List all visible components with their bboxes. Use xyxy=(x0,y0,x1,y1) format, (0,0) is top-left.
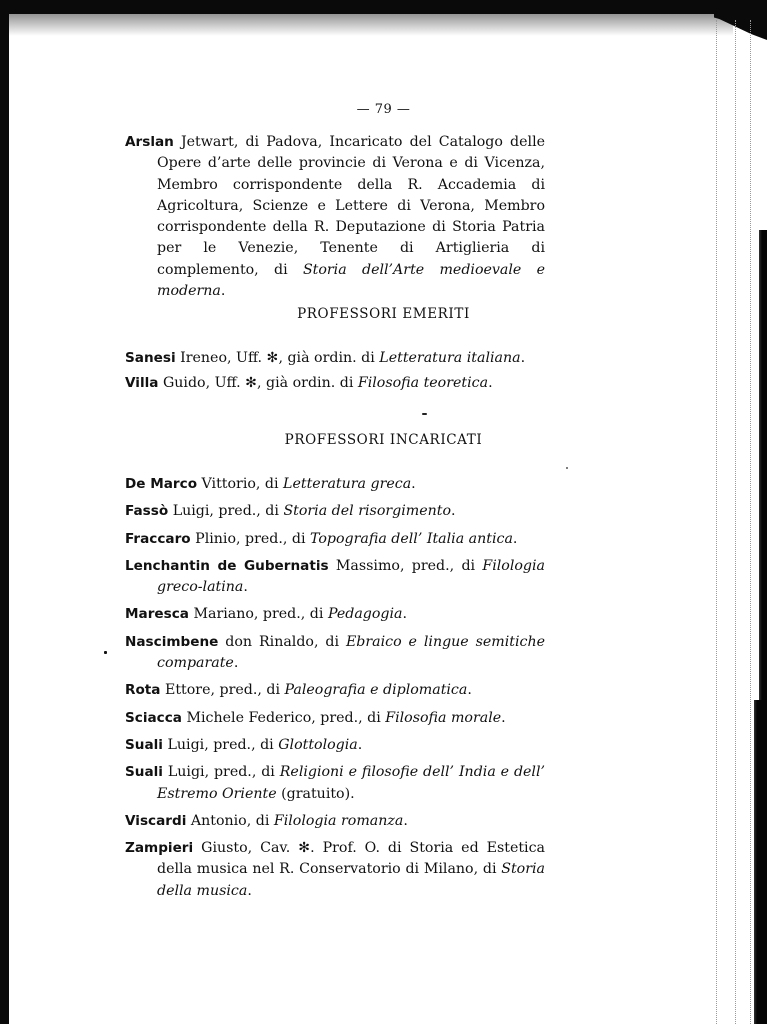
entry-surname: De Marco xyxy=(125,476,197,492)
entry-details: Vittorio, di xyxy=(197,476,283,492)
scan-speck xyxy=(566,467,568,469)
entry-tail: . xyxy=(488,375,493,391)
scan-left-border xyxy=(0,0,9,1024)
entry-surname: Arslan xyxy=(125,134,174,150)
entry-fraccaro: Fraccaro Plinio, pred., di Topografia de… xyxy=(125,529,545,550)
entry-sanesi: Sanesi Ireneo, Uff. ✻, già ordin. di Let… xyxy=(125,348,545,369)
entry-details: Mariano, pred., di xyxy=(189,606,328,622)
emeriti-list: Sanesi Ireneo, Uff. ✻, già ordin. di Let… xyxy=(125,348,545,398)
entry-surname: Fraccaro xyxy=(125,531,191,547)
entry-surname: Fassò xyxy=(125,503,168,519)
entry-tail: . xyxy=(513,531,518,547)
entry-details: Luigi, pred., di xyxy=(163,764,280,780)
entry-tail: . xyxy=(501,710,506,726)
scan-top-shadow xyxy=(8,14,733,36)
entry-tail: . xyxy=(358,737,363,753)
entry-details: Antonio, di xyxy=(186,813,274,829)
entry-subject: Storia del risorgimento xyxy=(283,503,451,519)
entry-surname: Suali xyxy=(125,737,163,753)
entry-subject: Filosofia teoretica xyxy=(358,375,488,391)
entry-tail: . xyxy=(247,883,252,899)
entry-details: Massimo, pred., di xyxy=(329,558,483,574)
entry-tail: . xyxy=(521,350,526,366)
intro-entry-block: Arslan Jetwart, di Padova, Incaricato de… xyxy=(125,132,545,302)
entry-suali-glottologia: Suali Luigi, pred., di Glottologia. xyxy=(125,735,545,756)
entry-surname: Lenchantin de Gubernatis xyxy=(125,558,329,574)
entry-tail: . xyxy=(451,503,456,519)
entry-maresca: Maresca Mariano, pred., di Pedagogia. xyxy=(125,604,545,625)
entry-lenchantin: Lenchantin de Gubernatis Massimo, pred.,… xyxy=(125,556,545,599)
entry-surname: Maresca xyxy=(125,606,189,622)
entry-surname: Sciacca xyxy=(125,710,182,726)
entry-zampieri: Zampieri Giusto, Cav. ✻. Prof. O. di Sto… xyxy=(125,838,545,902)
entry-surname: Viscardi xyxy=(125,813,186,829)
entry-suali-religioni: Suali Luigi, pred., di Religioni e filos… xyxy=(125,762,545,805)
page-number: — 79 — xyxy=(0,102,767,117)
section-heading-incaricati: PROFESSORI INCARICATI xyxy=(0,432,767,448)
entry-tail: . xyxy=(221,283,226,299)
entry-details: Luigi, pred., di xyxy=(163,737,278,753)
entry-tail: . xyxy=(234,655,239,671)
entry-details: Guido, Uff. ✻, già ordin. di xyxy=(158,375,357,391)
entry-nascimbene: Nascimbene don Rinaldo, di Ebraico e lin… xyxy=(125,632,545,675)
scanned-page: — 79 — Arslan Jetwart, di Padova, Incari… xyxy=(0,0,767,1024)
section-heading-emeriti: PROFESSORI EMERITI xyxy=(0,306,767,322)
entry-sciacca: Sciacca Michele Federico, pred., di Filo… xyxy=(125,708,545,729)
entry-details: Luigi, pred., di xyxy=(168,503,283,519)
entry-surname: Sanesi xyxy=(125,350,176,366)
scan-top-border xyxy=(0,0,767,14)
entry-details: Giusto, Cav. ✻. Prof. O. di Storia ed Es… xyxy=(157,840,545,877)
page-edge-line xyxy=(735,20,737,1024)
entry-tail: . xyxy=(243,579,248,595)
entry-details: don Rinaldo, di xyxy=(218,634,346,650)
entry-viscardi: Viscardi Antonio, di Filologia romanza. xyxy=(125,811,545,832)
entry-subject: Filosofia morale xyxy=(385,710,501,726)
scan-speck xyxy=(104,651,107,654)
entry-details: Ireneo, Uff. ✻, già ordin. di xyxy=(176,350,380,366)
entry-subject: Paleografia e diplomatica xyxy=(285,682,468,698)
entry-subject: Topografia dell’ Italia antica xyxy=(310,531,513,547)
entry-fasso: Fassò Luigi, pred., di Storia del risorg… xyxy=(125,501,545,522)
incaricati-list: De Marco Vittorio, di Letteratura greca.… xyxy=(125,474,545,908)
entry-surname: Villa xyxy=(125,375,158,391)
scan-right-border-lower xyxy=(754,700,767,1024)
entry-tail: . xyxy=(411,476,416,492)
page-edge-line xyxy=(716,20,718,1024)
entry-de-marco: De Marco Vittorio, di Letteratura greca. xyxy=(125,474,545,495)
entry-tail: . xyxy=(402,606,407,622)
entry-subject: Letteratura greca xyxy=(283,476,411,492)
entry-subject: Filologia romanza xyxy=(274,813,403,829)
entry-villa: Villa Guido, Uff. ✻, già ordin. di Filos… xyxy=(125,373,545,394)
entry-details: Michele Federico, pred., di xyxy=(182,710,385,726)
entry-subject: Glottologia xyxy=(278,737,358,753)
entry-details: Plinio, pred., di xyxy=(191,531,310,547)
entry-details: Ettore, pred., di xyxy=(160,682,284,698)
entry-subject: Letteratura italiana xyxy=(379,350,520,366)
entry-tail: (gratuito). xyxy=(277,786,355,802)
entry-rota: Rota Ettore, pred., di Paleografia e dip… xyxy=(125,680,545,701)
entry-tail: . xyxy=(467,682,472,698)
entry-details: Jetwart, di Padova, Incaricato del Catal… xyxy=(157,134,545,278)
entry-arslan: Arslan Jetwart, di Padova, Incaricato de… xyxy=(125,132,545,302)
scan-speck xyxy=(422,413,427,415)
entry-subject: Pedagogia xyxy=(328,606,403,622)
entry-surname: Suali xyxy=(125,764,163,780)
entry-surname: Zampieri xyxy=(125,840,193,856)
entry-surname: Rota xyxy=(125,682,160,698)
entry-surname: Nascimbene xyxy=(125,634,218,650)
entry-tail: . xyxy=(403,813,408,829)
page-edge-line xyxy=(750,20,752,1024)
